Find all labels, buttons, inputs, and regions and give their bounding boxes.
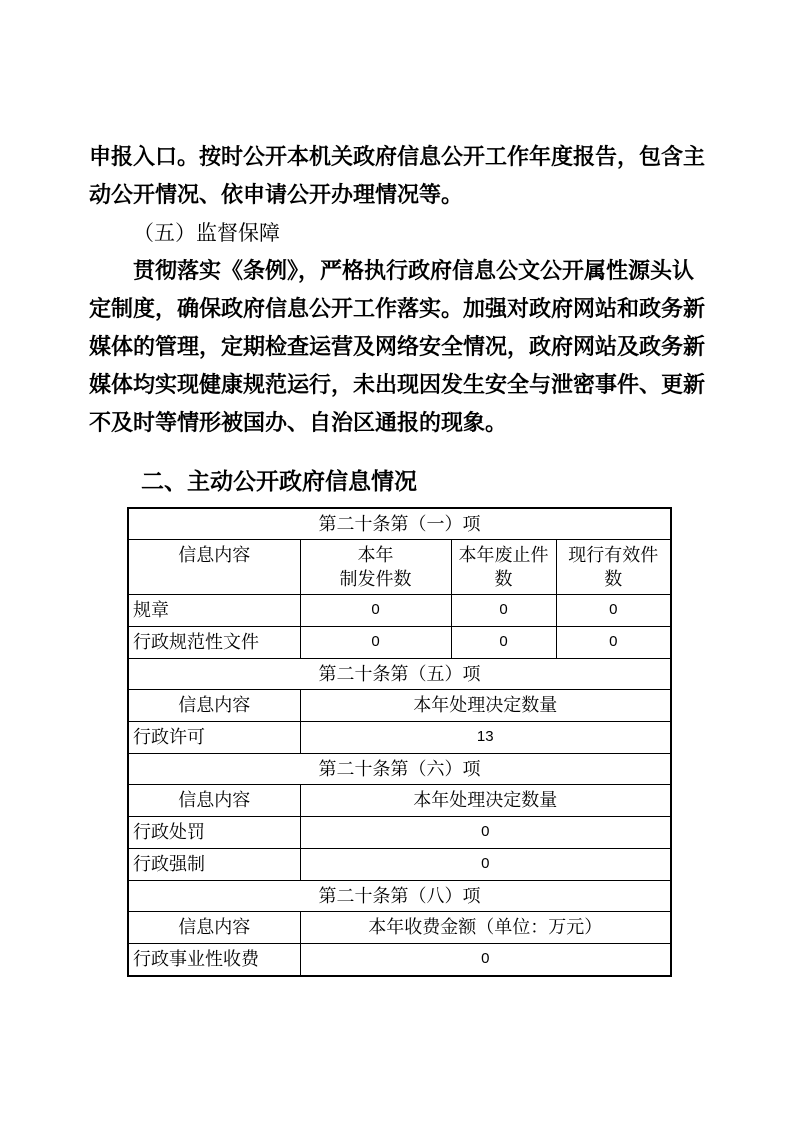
table-column-header: 本年 制发件数 [300,540,451,595]
table-cell-value: 0 [300,849,671,881]
paragraph-line: 媒体的管理，定期检查运营及网络安全情况，政府网站及政务新 [89,328,705,366]
table-row: 信息内容 本年 制发件数 本年废止件 数 现行有效件数 [128,540,671,595]
table-cell-value: 0 [556,595,671,627]
paragraph-2: 贯彻落实《条例》，严格执行政府信息公文公开属性源头认 定制度，确保政府信息公开工… [89,252,705,442]
table-cell-value: 0 [300,944,671,977]
table-row: 信息内容 本年收费金额（单位：万元） [128,912,671,944]
paragraph-1: 申报入口。按时公开本机关政府信息公开工作年度报告，包含主 动公开情况、依申请公开… [89,138,705,214]
table-section-title: 第二十条第（八）项 [128,881,671,912]
table-column-header: 本年废止件 数 [451,540,556,595]
paragraph-line: 动公开情况、依申请公开办理情况等。 [89,176,705,214]
table-column-header: 现行有效件数 [556,540,671,595]
table-column-header: 本年处理决定数量 [300,785,671,817]
table-column-header: 本年处理决定数量 [300,690,671,722]
table-row: 信息内容 本年处理决定数量 [128,690,671,722]
table-row: 规章 0 0 0 [128,595,671,627]
info-disclosure-table: 第二十条第（一）项 信息内容 本年 制发件数 本年废止件 数 现行有效件数 规章… [127,507,672,977]
table-cell-value: 0 [451,595,556,627]
table-row: 第二十条第（八）项 [128,881,671,912]
paragraph-line: 贯彻落实《条例》，严格执行政府信息公文公开属性源头认 [89,252,705,290]
table-row: 第二十条第（五）项 [128,659,671,690]
table-row: 信息内容 本年处理决定数量 [128,785,671,817]
table-column-header: 信息内容 [128,540,300,595]
document-page: 申报入口。按时公开本机关政府信息公开工作年度报告，包含主 动公开情况、依申请公开… [89,138,705,977]
table-row-label: 行政处罚 [128,817,300,849]
table-row-label: 行政规范性文件 [128,627,300,659]
table-row-label: 行政事业性收费 [128,944,300,977]
table-row: 行政强制 0 [128,849,671,881]
table-row: 行政许可 13 [128,722,671,754]
table-cell-value: 0 [300,595,451,627]
table-section-title: 第二十条第（六）项 [128,754,671,785]
table-row-label: 行政许可 [128,722,300,754]
table-cell-value: 13 [300,722,671,754]
paragraph-line: 不及时等情形被国办、自治区通报的现象。 [89,404,705,442]
section-heading-proactive-disclosure: 二、主动公开政府信息情况 [89,462,705,500]
table-cell-value: 0 [451,627,556,659]
table-row-label: 规章 [128,595,300,627]
table-column-header: 信息内容 [128,785,300,817]
table-column-header: 本年收费金额（单位：万元） [300,912,671,944]
table-row-label: 行政强制 [128,849,300,881]
table-row: 行政规范性文件 0 0 0 [128,627,671,659]
table-section-title: 第二十条第（一）项 [128,508,671,540]
table-row: 行政处罚 0 [128,817,671,849]
table-cell-value: 0 [300,817,671,849]
table-row: 第二十条第（六）项 [128,754,671,785]
table-row: 行政事业性收费 0 [128,944,671,977]
table-section-title: 第二十条第（五）项 [128,659,671,690]
paragraph-line: 媒体均实现健康规范运行，未出现因发生安全与泄密事件、更新 [89,366,705,404]
table-column-header: 信息内容 [128,912,300,944]
paragraph-line: 申报入口。按时公开本机关政府信息公开工作年度报告，包含主 [89,138,705,176]
subheading-supervision: （五）监督保障 [89,214,705,252]
table-cell-value: 0 [556,627,671,659]
table-cell-value: 0 [300,627,451,659]
table-row: 第二十条第（一）项 [128,508,671,540]
paragraph-line: 定制度，确保政府信息公开工作落实。加强对政府网站和政务新 [89,290,705,328]
table-column-header: 信息内容 [128,690,300,722]
